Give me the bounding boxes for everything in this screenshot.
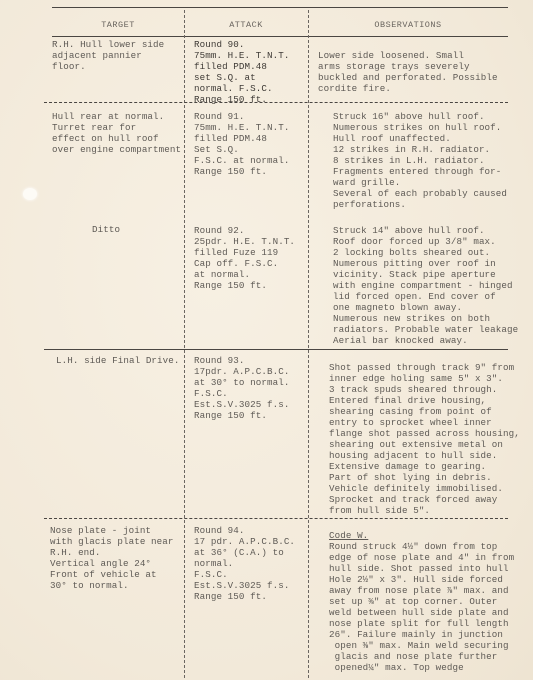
document-page: TARGET ATTACK OBSERVATIONS R.H. Hull low… [0, 0, 533, 680]
row3-target: Ditto [92, 224, 120, 235]
row-separator-1 [44, 102, 508, 103]
row1-attack: Round 90. 75mm. H.E. T.N.T. filled PDM.4… [194, 39, 289, 105]
column-divider-1 [184, 10, 185, 678]
row-separator-3 [44, 518, 508, 519]
row5-target: Nose plate - joint with glacis plate nea… [50, 525, 174, 591]
punch-hole [23, 188, 37, 200]
row2-attack: Round 91. 75mm. H.E. T.N.T. filled PDM.4… [194, 111, 289, 177]
header-attack: ATTACK [184, 20, 308, 30]
row1-target: R.H. Hull lower side adjacent pannier fl… [52, 39, 164, 72]
row4-target: L.H. side Final Drive. [56, 355, 180, 366]
header-rule [52, 36, 508, 37]
row2-target: Hull rear at normal. Turret rear for eff… [52, 111, 181, 155]
row4-attack: Round 93. 17pdr. A.P.C.B.C. at 30° to no… [194, 355, 289, 421]
row-separator-2 [44, 349, 508, 350]
top-rule [52, 7, 508, 8]
row1-observations: Lower side loosened. Small arms storage … [318, 50, 498, 94]
row3-observations: Struck 14" above hull roof. Roof door fo… [333, 225, 518, 346]
header-target: TARGET [52, 20, 184, 30]
row5-attack: Round 94. 17 pdr. A.P.C.B.C. at 36° (C.A… [194, 525, 295, 602]
row5-observations-code: Code W. [329, 530, 368, 541]
row5-observations: Round struck 4½" down from top edge of n… [329, 541, 514, 673]
header-observations: OBSERVATIONS [308, 20, 508, 30]
row3-attack: Round 92. 25pdr. H.E. T.N.T. filled Fuze… [194, 225, 295, 291]
row2-observations: Struck 16" above hull roof. Numerous str… [333, 111, 507, 210]
column-divider-2 [308, 10, 309, 678]
row4-observations: Shot passed through track 9" from inner … [329, 362, 520, 516]
